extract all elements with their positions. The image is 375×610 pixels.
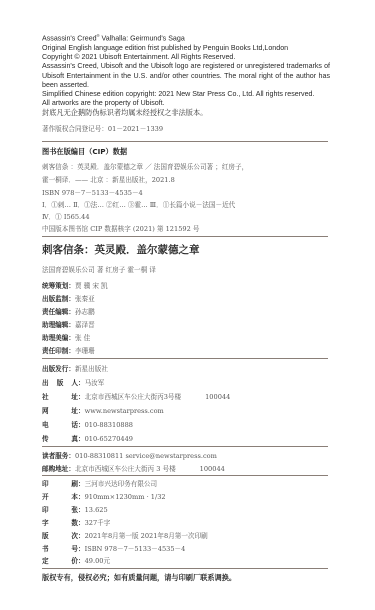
english-line: Original English language edition frist …: [42, 44, 330, 53]
english-title: Assassin's Creed® Valhalla: Geirmund's S…: [42, 31, 330, 44]
price: 49.00元: [85, 557, 110, 565]
credit-row: 责任编辑：孙志鹏: [42, 306, 95, 316]
cip-heading: 图书在版编目（CIP）数据: [42, 147, 127, 157]
cip-line: 霍一桐译．—— 北京 ：新星出版社，2021.8: [42, 174, 175, 184]
cip-line: 刺客信条 ：英灵殿．盖尔蒙德之章 ／ 法国育碧娱乐公司著 ；红房子，: [42, 161, 248, 171]
divider: [42, 446, 328, 447]
credit-row: 统筹策划：贾 骥 宋 凯: [42, 280, 108, 290]
english-line: Assassin's Creed, Ubisoft and the Ubisof…: [42, 62, 330, 90]
cip-line: 中国版本图书馆 CIP 数据核字 (2021) 第 121592 号: [42, 223, 199, 233]
spec-row: 开本：910mm×1230mm · 1/32: [42, 491, 166, 501]
english-line: Simplified Chinese edition copyright: 20…: [42, 90, 330, 99]
anti-piracy-notice: 封底凡无企鹅防伪标识者均属未经授权之非法版本。: [42, 108, 207, 118]
credit-row: 助理美编：张 佳: [42, 332, 90, 342]
spec-row: 定价：49.00元: [42, 555, 110, 565]
spec-row: 书号：ISBN 978－7－5133－4535－4: [42, 543, 185, 553]
divider: [42, 475, 328, 476]
cip-line: ISBN 978－7－5133－4535－4: [42, 187, 143, 197]
credit-row: 责任印制：李珊珊: [42, 345, 95, 355]
spec-row: 版次：2021年8月第一版 2021年8月第一次印刷: [42, 530, 208, 540]
book-title: 刺客信条：英灵殿．盖尔蒙德之章: [42, 242, 200, 257]
cip-line: Ⅳ．① I565.44: [42, 211, 90, 221]
publisher-row: 出版人：马汝军: [42, 377, 104, 387]
website-url: www.newstarpress.com: [85, 407, 164, 415]
credit-row: 助理编辑：嘉泽晋: [42, 319, 95, 329]
credit-row: 出版监制：张秦亚: [42, 293, 95, 303]
publisher-row: 电话：010-88310888: [42, 419, 133, 429]
publisher-row: 网址：www.newstarpress.com: [42, 405, 164, 415]
reader-service-row: 邮购地址：北京市西城区车公庄大街丙 3 号楼100044: [42, 463, 225, 473]
cip-line: Ⅰ．①刺… Ⅱ．①法… ②红… ③霍… Ⅲ．①长篇小说－法国－近代: [42, 199, 235, 209]
reader-service-row: 读者服务：010-88310811 service@newstarpress.c…: [42, 450, 217, 460]
rights-notice: 版权专有，侵权必究；如有质量问题，请与印刷厂联系调换。: [42, 573, 236, 583]
copyright-registration: 著作版权合同登记号：01－2021－1339: [42, 123, 163, 133]
spec-row: 印张：13.625: [42, 504, 108, 514]
divider: [42, 358, 328, 359]
publisher-row: 传真：010-65270449: [42, 433, 133, 443]
publisher-row: 社址：北京市西城区车公庄大街丙3号楼100044: [42, 391, 230, 401]
divider: [42, 141, 328, 142]
english-copyright-block: Assassin's Creed® Valhalla: Geirmund's S…: [42, 31, 330, 109]
english-line: Copyright © 2021 Ubisoft Entertainment. …: [42, 53, 330, 62]
book-byline: 法国育碧娱乐公司 著 红房子 霍一桐 译: [42, 264, 156, 274]
divider: [42, 568, 328, 569]
spec-row: 字数：327千字: [42, 517, 110, 527]
publisher-row: 出版发行：新星出版社: [42, 363, 108, 373]
divider: [42, 236, 328, 237]
spec-row: 印刷：三河市兴达印务有限公司: [42, 478, 157, 488]
